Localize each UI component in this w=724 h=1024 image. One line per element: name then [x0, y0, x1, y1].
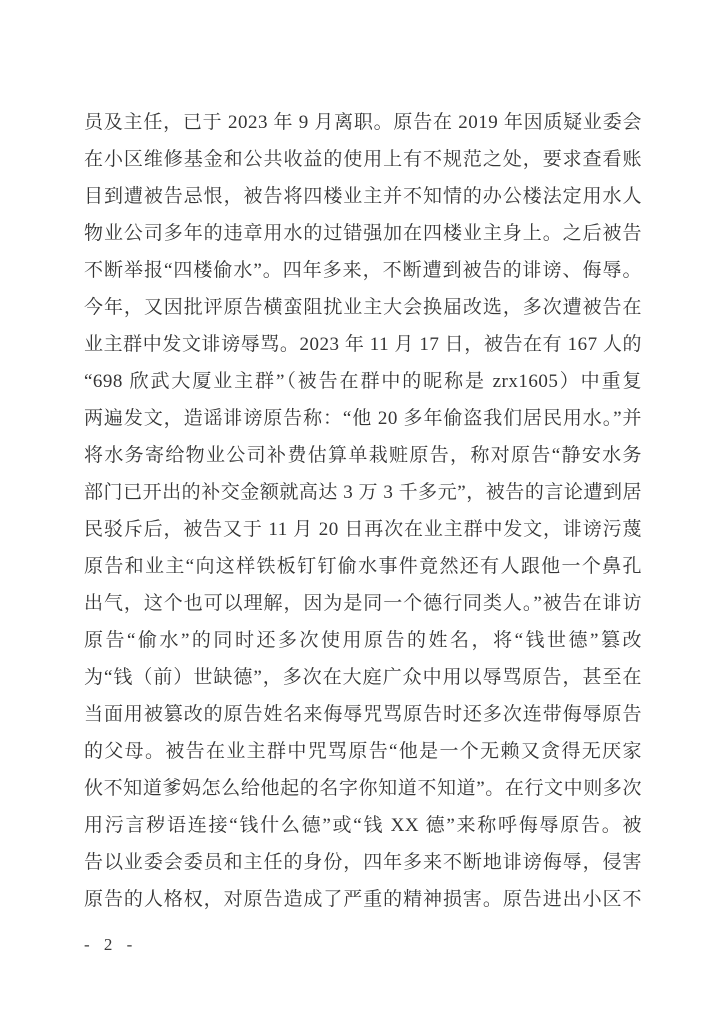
text-line: 告以业委会委员和主任的身份，四年多来不断地诽谤侮辱，侵害	[84, 844, 642, 881]
text-line: 业主群中发文诽谤辱骂。2023 年 11 月 17 日，被告在有 167 人的	[84, 326, 642, 363]
text-line: 原告和业主“向这样铁板钉钉偷水事件竟然还有人跟他一个鼻孔	[84, 548, 642, 585]
text-line: 当面用被篡改的原告姓名来侮辱咒骂原告时还多次连带侮辱原告	[84, 696, 642, 733]
text-line: 原告的人格权，对原告造成了严重的精神损害。原告进出小区不	[84, 881, 642, 918]
text-line: 将水务寄给物业公司补费估算单栽赃原告，称对原告“静安水务	[84, 437, 642, 474]
text-line: 的父母。被告在业主群中咒骂原告“他是一个无赖又贪得无厌家	[84, 733, 642, 770]
text-line: 用污言秽语连接“钱什么德”或“钱 XX 德”来称呼侮辱原告。被	[84, 807, 642, 844]
text-line: 伙不知道爹妈怎么给他起的名字你知道不知道”。在行文中则多次	[84, 770, 642, 807]
text-line: 部门已开出的补交金额就高达 3 万 3 千多元”，被告的言论遭到居	[84, 474, 642, 511]
text-line: 目到遭被告忌恨，被告将四楼业主并不知情的办公楼法定用水人	[84, 178, 642, 215]
document-page: 员及主任，已于 2023 年 9 月离职。原告在 2019 年因质疑业委会 在小…	[0, 0, 724, 1024]
page-number: - 2 -	[84, 928, 137, 962]
text-line: 物业公司多年的违章用水的过错强加在四楼业主身上。之后被告	[84, 215, 642, 252]
text-line: 民驳斥后，被告又于 11 月 20 日再次在业主群中发文，诽谤污蔑	[84, 511, 642, 548]
body-text: 员及主任，已于 2023 年 9 月离职。原告在 2019 年因质疑业委会 在小…	[84, 104, 642, 918]
text-line: 为“钱（前）世缺德”，多次在大庭广众中用以辱骂原告，甚至在	[84, 659, 642, 696]
text-line: 出气，这个也可以理解，因为是同一个德行同类人。”被告在诽访	[84, 585, 642, 622]
text-line: 今年，又因批评原告横蛮阻扰业主大会换届改选，多次遭被告在	[84, 289, 642, 326]
text-line: 在小区维修基金和公共收益的使用上有不规范之处，要求查看账	[84, 141, 642, 178]
text-line: 员及主任，已于 2023 年 9 月离职。原告在 2019 年因质疑业委会	[84, 104, 642, 141]
text-line: 两遍发文，造谣诽谤原告称：“他 20 多年偷盗我们居民用水。”并	[84, 400, 642, 437]
text-line: 原告“偷水”的同时还多次使用原告的姓名，将“钱世德”篡改	[84, 622, 642, 659]
text-line: “698 欣武大厦业主群”（被告在群中的昵称是 zrx1605）中重复	[84, 363, 642, 400]
text-line: 不断举报“四楼偷水”。四年多来，不断遭到被告的诽谤、侮辱。	[84, 252, 642, 289]
